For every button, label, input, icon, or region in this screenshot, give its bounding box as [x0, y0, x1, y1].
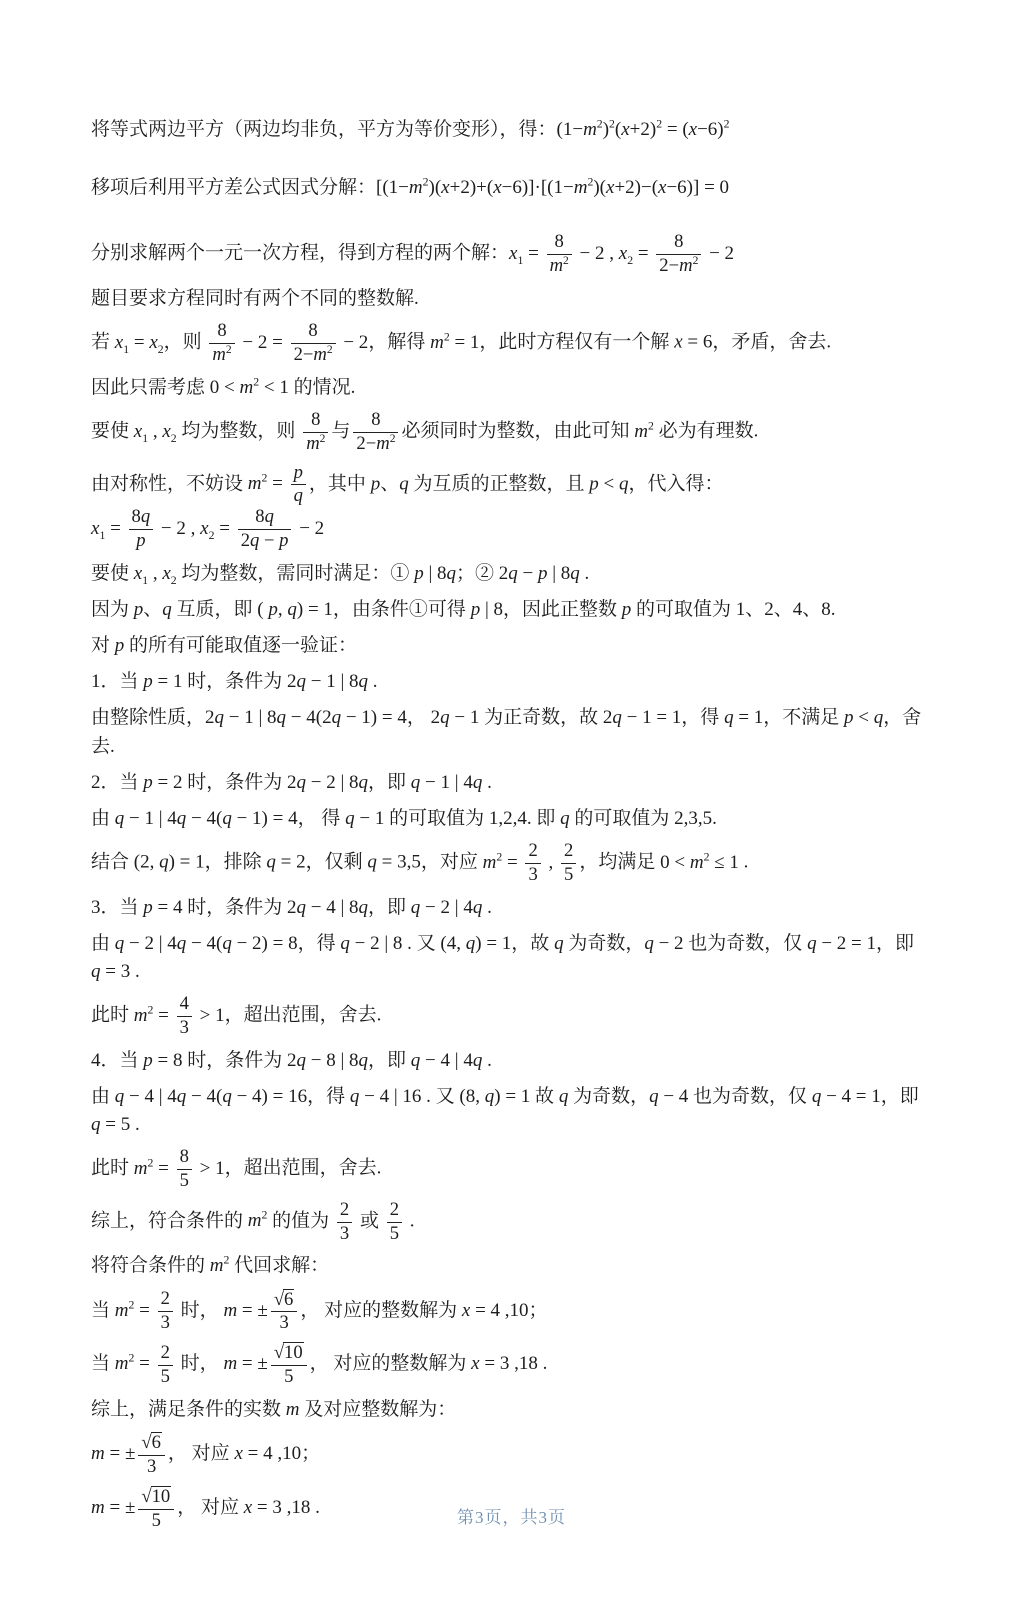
math-run: 8m2 − 2 = 82−m2 − 2: [206, 332, 368, 353]
math-run: p = 4: [143, 897, 182, 918]
fraction: pq: [291, 463, 306, 508]
fraction: 8m2: [303, 410, 328, 455]
text-run: 的可取值为 1,2,4. 即: [384, 808, 560, 829]
fraction: 25: [387, 1200, 402, 1245]
text-run: 要使: [91, 421, 134, 442]
math-run: x = 4 ,10: [462, 1300, 529, 1321]
paragraph: 要使 x1 , x2 均为整数，需同时满足：① p | 8q；② 2q − p …: [91, 560, 939, 588]
fraction: 23: [525, 841, 540, 886]
text-run: ，代入得：: [628, 473, 723, 494]
paragraph: 题目要求方程同时有两个不同的整数解.: [91, 285, 939, 313]
text-run: ，均满足: [579, 852, 660, 873]
math-run: x1 = x2: [115, 332, 164, 353]
text-run: ，超出范围，舍去.: [225, 1158, 382, 1179]
paragraph: 1．当 p = 1 时，条件为 2q − 1 | 8q .: [91, 668, 939, 696]
fraction: 8qp: [129, 507, 154, 552]
paragraph: 对 p 的所有可能取值逐一验证：: [91, 632, 939, 660]
math-run: m2 = 1: [430, 332, 479, 353]
math-run: p = 8: [143, 1050, 182, 1071]
fraction: √63: [271, 1289, 298, 1335]
text-run: 为奇数，: [568, 1086, 649, 1107]
paragraph: 由 q − 4 | 4q − 4(q − 4) = 16，得 q − 4 | 1…: [91, 1083, 939, 1139]
text-run: ；②: [456, 563, 499, 584]
text-run: 若: [91, 332, 115, 353]
math-run: q: [162, 599, 172, 620]
math-run: q − 1: [345, 808, 384, 829]
text-run: 当: [91, 1353, 115, 1374]
fraction: √105: [271, 1342, 307, 1388]
math-run: x1 = 8qp − 2 , x2 = 8q2q − p − 2: [91, 518, 324, 539]
text-run: 均为整数，则: [177, 421, 301, 442]
math-run: 2q − 1 | 8q − 4(2q − 1) = 4: [205, 707, 407, 728]
math-run: m = ±√63: [223, 1300, 300, 1321]
paragraph: 将符合条件的 m2 代回求解：: [91, 1252, 939, 1280]
math-run: q − 1 | 4q − 4(q − 1) = 4: [115, 808, 298, 829]
text-run: ，即: [368, 772, 411, 793]
text-run: 要使: [91, 563, 134, 584]
paragraph: m = ±√63， 对应 x = 4 ,10；: [91, 1432, 939, 1478]
paragraph: 要使 x1 , x2 均为整数，则 8m2与82−m2必须同时为整数，由此可知 …: [91, 410, 939, 455]
content: 将等式两边平方（两边均非负，平方为等价变形），得：(1−m2)2(x+2)2 =…: [91, 116, 939, 1540]
fraction: 85: [177, 1147, 192, 1192]
text-run: ；: [529, 1300, 548, 1321]
math-run: (1−m2)2(x+2)2 = (x−6)2: [557, 119, 730, 140]
paragraph: 此时 m2 = 43 > 1，超出范围，舍去.: [91, 994, 939, 1039]
text-run: 时，条件为: [182, 772, 287, 793]
fraction: 43: [177, 994, 192, 1039]
text-run: ，不满足: [763, 707, 844, 728]
fraction: 82−m2: [656, 232, 701, 277]
math-run: ( p, q) = 1: [257, 599, 333, 620]
math-run: 2q − p | 8q: [499, 563, 580, 584]
fraction: 82−m2: [291, 321, 336, 366]
text-run: 由对称性，不妨设: [91, 473, 248, 494]
math-run: m2 = 43 > 1: [134, 1005, 225, 1026]
text-run: ， 对应: [168, 1443, 235, 1464]
paragraph: 4．当 p = 8 时，条件为 2q − 8 | 8q，即 q − 4 | 4q…: [91, 1047, 939, 1075]
text-run: 的可取值为 2,3,5.: [570, 808, 717, 829]
paragraph: 3．当 p = 4 时，条件为 2q − 4 | 8q，即 q − 2 | 4q…: [91, 894, 939, 922]
text-run: ，得: [681, 707, 724, 728]
page-number-label: 第3页，共3页: [457, 1508, 566, 1527]
math-run: m: [286, 1399, 300, 1420]
text-run: 的情况.: [289, 377, 356, 398]
fraction: 23: [337, 1200, 352, 1245]
text-run: ，排除: [205, 852, 267, 873]
text-run: 因为: [91, 599, 134, 620]
text-run: 将等式两边平方（两边均非负，平方为等价变形），得：: [91, 119, 557, 140]
math-run: q − 4 | 4q − 4(q − 4) = 16: [115, 1086, 307, 1107]
math-run: (2, q) = 1: [134, 852, 205, 873]
text-run: ，仅剩: [306, 852, 368, 873]
math-run: (8, q) = 1: [459, 1086, 530, 1107]
paragraph: 由 q − 2 | 4q − 4(q − 2) = 8，得 q − 2 | 8 …: [91, 930, 939, 986]
text-run: 、: [380, 473, 399, 494]
text-run: ，则: [164, 332, 207, 353]
text-run: 由: [91, 1086, 115, 1107]
text-run: 综上，符合条件的: [91, 1210, 248, 1231]
text-run: 时，: [176, 1300, 224, 1321]
math-run: q: [554, 933, 564, 954]
text-run: .: [580, 563, 590, 584]
fraction: 82−m2: [353, 410, 398, 455]
math-run: q − 2 | 4q: [411, 897, 483, 918]
paragraph: 综上，符合条件的 m2 的值为 23 或 25 .: [91, 1200, 939, 1245]
paragraph: 当 m2 = 23 时， m = ±√63， 对应的整数解为 x = 4 ,10…: [91, 1289, 939, 1335]
math-run: p | 8: [471, 599, 503, 620]
text-run: ，即: [368, 1050, 411, 1071]
text-run: 或: [355, 1210, 384, 1231]
math-run: q = 2: [266, 852, 305, 873]
math-run: 2q − 1 | 8q: [287, 671, 368, 692]
text-run: .: [130, 1114, 140, 1135]
text-run: 当: [91, 1300, 115, 1321]
math-run: p: [134, 599, 144, 620]
math-run: m = ±√105: [223, 1353, 309, 1374]
text-run: 的所有可能取值逐一验证：: [124, 635, 357, 656]
paragraph: 当 m2 = 25 时， m = ±√105， 对应的整数解为 x = 3 ,1…: [91, 1342, 939, 1388]
math-run: 2q − 1 = 1: [603, 707, 681, 728]
text-run: ， 得: [298, 808, 346, 829]
math-run: q − 2: [644, 933, 683, 954]
fraction: 25: [158, 1343, 173, 1388]
text-run: 时，条件为: [182, 671, 287, 692]
paragraph: 若 x1 = x2，则 8m2 − 2 = 82−m2 − 2，解得 m2 = …: [91, 321, 939, 366]
text-run: ，矛盾，舍去.: [712, 332, 831, 353]
text-run: ，: [407, 707, 431, 728]
text-run: ，即: [876, 933, 914, 954]
text-run: 也为奇数，仅: [684, 933, 808, 954]
math-run: 0 < m2 ≤ 1: [660, 852, 739, 873]
text-run: 对: [91, 635, 115, 656]
paragraph: 综上，满足条件的实数 m 及对应整数解为：: [91, 1396, 939, 1424]
text-run: . 又: [402, 933, 440, 954]
math-run: x = 3 ,18: [471, 1353, 538, 1374]
text-run: ，即: [368, 897, 411, 918]
text-run: 2．当: [91, 772, 143, 793]
text-run: 互质，即: [172, 599, 258, 620]
text-run: 必为有理数.: [654, 421, 759, 442]
text-run: ，对应: [421, 852, 483, 873]
text-run: 时，条件为: [182, 897, 287, 918]
text-run: ，由条件①可得: [333, 599, 471, 620]
math-run: q − 4 = 1: [812, 1086, 881, 1107]
text-run: 均为整数，需同时满足：①: [177, 563, 415, 584]
text-run: 时，: [176, 1353, 224, 1374]
text-run: 及对应整数解为：: [300, 1399, 457, 1420]
math-run: p: [115, 635, 125, 656]
math-run: x = 4 ,10: [234, 1443, 301, 1464]
fraction: √63: [138, 1432, 165, 1478]
math-run: 0 < m2 < 1: [210, 377, 289, 398]
text-run: 移项后利用平方差公式因式分解：: [91, 177, 376, 198]
text-run: 、: [143, 599, 162, 620]
text-run: 此时: [91, 1005, 134, 1026]
text-run: ，超出范围，舍去.: [225, 1005, 382, 1026]
sqrt-radical: √6: [274, 1289, 295, 1310]
text-run: 此时: [91, 1158, 134, 1179]
math-run: p: [371, 473, 381, 494]
math-run: q − 1 | 4q: [411, 772, 483, 793]
text-run: 1．当: [91, 671, 143, 692]
math-run: 25: [384, 1210, 405, 1231]
math-run: 23: [334, 1210, 355, 1231]
fraction: 23: [158, 1289, 173, 1334]
text-run: 由整除性质，: [91, 707, 205, 728]
text-run: ，得: [298, 933, 341, 954]
text-run: ，其中: [309, 473, 371, 494]
paragraph: 此时 m2 = 85 > 1，超出范围，舍去.: [91, 1147, 939, 1192]
text-run: ，此时方程仅有一个解: [479, 332, 674, 353]
math-run: m2: [634, 421, 654, 442]
text-run: .: [482, 772, 492, 793]
sqrt-radical: √6: [141, 1432, 162, 1453]
text-run: 为正奇数，故: [479, 707, 603, 728]
math-run: m2 = 23 , 25: [483, 852, 580, 873]
math-run: x = 6: [674, 332, 712, 353]
math-run: [(1−m2)(x+2)+(x−6)]·[(1−m2)(x+2)−(x−6)] …: [376, 177, 729, 198]
math-run: p < q: [589, 473, 628, 494]
text-run: ，得: [307, 1086, 350, 1107]
paragraph: 将等式两边平方（两边均非负，平方为等价变形），得：(1−m2)2(x+2)2 =…: [91, 116, 939, 144]
text-run: ，因此正整数: [503, 599, 622, 620]
paragraph: 因为 p、q 互质，即 ( p, q) = 1，由条件①可得 p | 8，因此正…: [91, 596, 939, 624]
paragraph: 因此只需考虑 0 < m2 < 1 的情况.: [91, 374, 939, 402]
text-run: 必须同时为整数，由此可知: [401, 421, 634, 442]
math-run: m2: [248, 1210, 268, 1231]
text-run: ，解得: [368, 332, 430, 353]
math-run: q − 4 | 4q: [411, 1050, 483, 1071]
text-run: 题目要求方程同时有两个不同的整数解.: [91, 288, 419, 309]
text-run: 综上，满足条件的实数: [91, 1399, 286, 1420]
fraction: 8m2: [547, 232, 572, 277]
math-run: m2 = 85 > 1: [134, 1158, 225, 1179]
paragraph: 由 q − 1 | 4q − 4(q − 1) = 4， 得 q − 1 的可取…: [91, 805, 939, 833]
math-run: q − 4 | 16: [350, 1086, 422, 1107]
math-run: p | 8q: [414, 563, 456, 584]
text-run: .: [482, 1050, 492, 1071]
text-run: 由: [91, 933, 115, 954]
math-run: 2q − 4 | 8q: [287, 897, 368, 918]
text-run: .: [405, 1210, 415, 1231]
sqrt-radical: √10: [274, 1342, 304, 1363]
math-run: p = 2: [143, 772, 182, 793]
text-run: .: [482, 897, 492, 918]
text-run: 也为奇数，仅: [688, 1086, 812, 1107]
math-run: 2q − 8 | 8q: [287, 1050, 368, 1071]
text-run: 分别求解两个一元一次方程，得到方程的两个解：: [91, 243, 509, 264]
text-run: 为互质的正整数，且: [409, 473, 590, 494]
text-run: .: [368, 671, 378, 692]
paragraph: 分别求解两个一元一次方程，得到方程的两个解：x1 = 8m2 − 2 , x2 …: [91, 232, 939, 277]
math-run: p: [622, 599, 632, 620]
text-run: ， 对应的整数解为: [300, 1300, 462, 1321]
text-run: 4．当: [91, 1050, 143, 1071]
paragraph: 由整除性质，2q − 1 | 8q − 4(2q − 1) = 4， 2q − …: [91, 704, 939, 760]
math-run: q = 3: [91, 961, 130, 982]
paragraph: 由对称性，不妨设 m2 = pq，其中 p、q 为互质的正整数，且 p < q，…: [91, 463, 939, 552]
math-run: q − 4: [649, 1086, 688, 1107]
math-run: (4, q) = 1: [440, 933, 511, 954]
text-run: .: [130, 961, 140, 982]
text-run: 的可取值为 1、2、4、8.: [631, 599, 835, 620]
paragraph: 2．当 p = 2 时，条件为 2q − 2 | 8q，即 q − 1 | 4q…: [91, 769, 939, 797]
math-run: 2q − 2 | 8q: [287, 772, 368, 793]
text-run: 与: [331, 421, 350, 442]
math-run: q: [399, 473, 409, 494]
math-run: q = 3,5: [367, 852, 420, 873]
math-run: q: [559, 1086, 569, 1107]
text-run: ， 对应的整数解为: [310, 1353, 472, 1374]
math-run: x1 = 8m2 − 2 , x2 = 82−m2 − 2: [509, 243, 734, 264]
math-run: x1 , x2: [134, 421, 177, 442]
math-run: m2 = 23: [115, 1300, 176, 1321]
paragraph: 移项后利用平方差公式因式分解：[(1−m2)(x+2)+(x−6)]·[(1−m…: [91, 174, 939, 202]
text-run: ，即: [881, 1086, 919, 1107]
math-run: q = 1: [724, 707, 763, 728]
math-run: m = ±√63: [91, 1443, 168, 1464]
math-run: m2 = pq: [248, 473, 309, 494]
math-run: p = 1: [143, 671, 182, 692]
math-run: q − 2 = 1: [807, 933, 876, 954]
text-run: ；: [301, 1443, 320, 1464]
fraction: 8m2: [209, 321, 234, 366]
text-run: . 又: [421, 1086, 459, 1107]
math-run: m2: [210, 1255, 230, 1276]
text-run: 3．当: [91, 897, 143, 918]
math-run: 8m2: [300, 421, 331, 442]
fraction: 8q2q − p: [238, 507, 292, 552]
page-footer: 第3页，共3页: [0, 1503, 1023, 1528]
text-run: 因此只需考虑: [91, 377, 210, 398]
text-run: 结合: [91, 852, 134, 873]
math-run: x1 , x2: [134, 563, 177, 584]
text-run: 由: [91, 808, 115, 829]
math-run: q: [560, 808, 570, 829]
text-run: 故: [530, 1086, 559, 1107]
text-run: ，故: [511, 933, 554, 954]
math-run: 82−m2: [350, 421, 401, 442]
text-run: 将符合条件的: [91, 1255, 210, 1276]
text-run: .: [538, 1353, 548, 1374]
text-run: 为奇数，: [564, 933, 645, 954]
text-run: 的值为: [267, 1210, 334, 1231]
text-run: .: [739, 852, 749, 873]
math-solution-page: 将等式两边平方（两边均非负，平方为等价变形），得：(1−m2)2(x+2)2 =…: [0, 0, 1023, 1600]
text-run: 时，条件为: [182, 1050, 287, 1071]
math-run: p < q: [844, 707, 883, 728]
fraction: 25: [561, 841, 576, 886]
paragraph: 结合 (2, q) = 1，排除 q = 2，仅剩 q = 3,5，对应 m2 …: [91, 841, 939, 886]
text-run: 代回求解：: [229, 1255, 329, 1276]
math-run: m2 = 25: [115, 1353, 176, 1374]
math-run: 2q − 1: [431, 707, 480, 728]
math-run: q − 2 | 8: [340, 933, 402, 954]
math-run: q = 5: [91, 1114, 130, 1135]
math-run: q − 2 | 4q − 4(q − 2) = 8: [115, 933, 298, 954]
